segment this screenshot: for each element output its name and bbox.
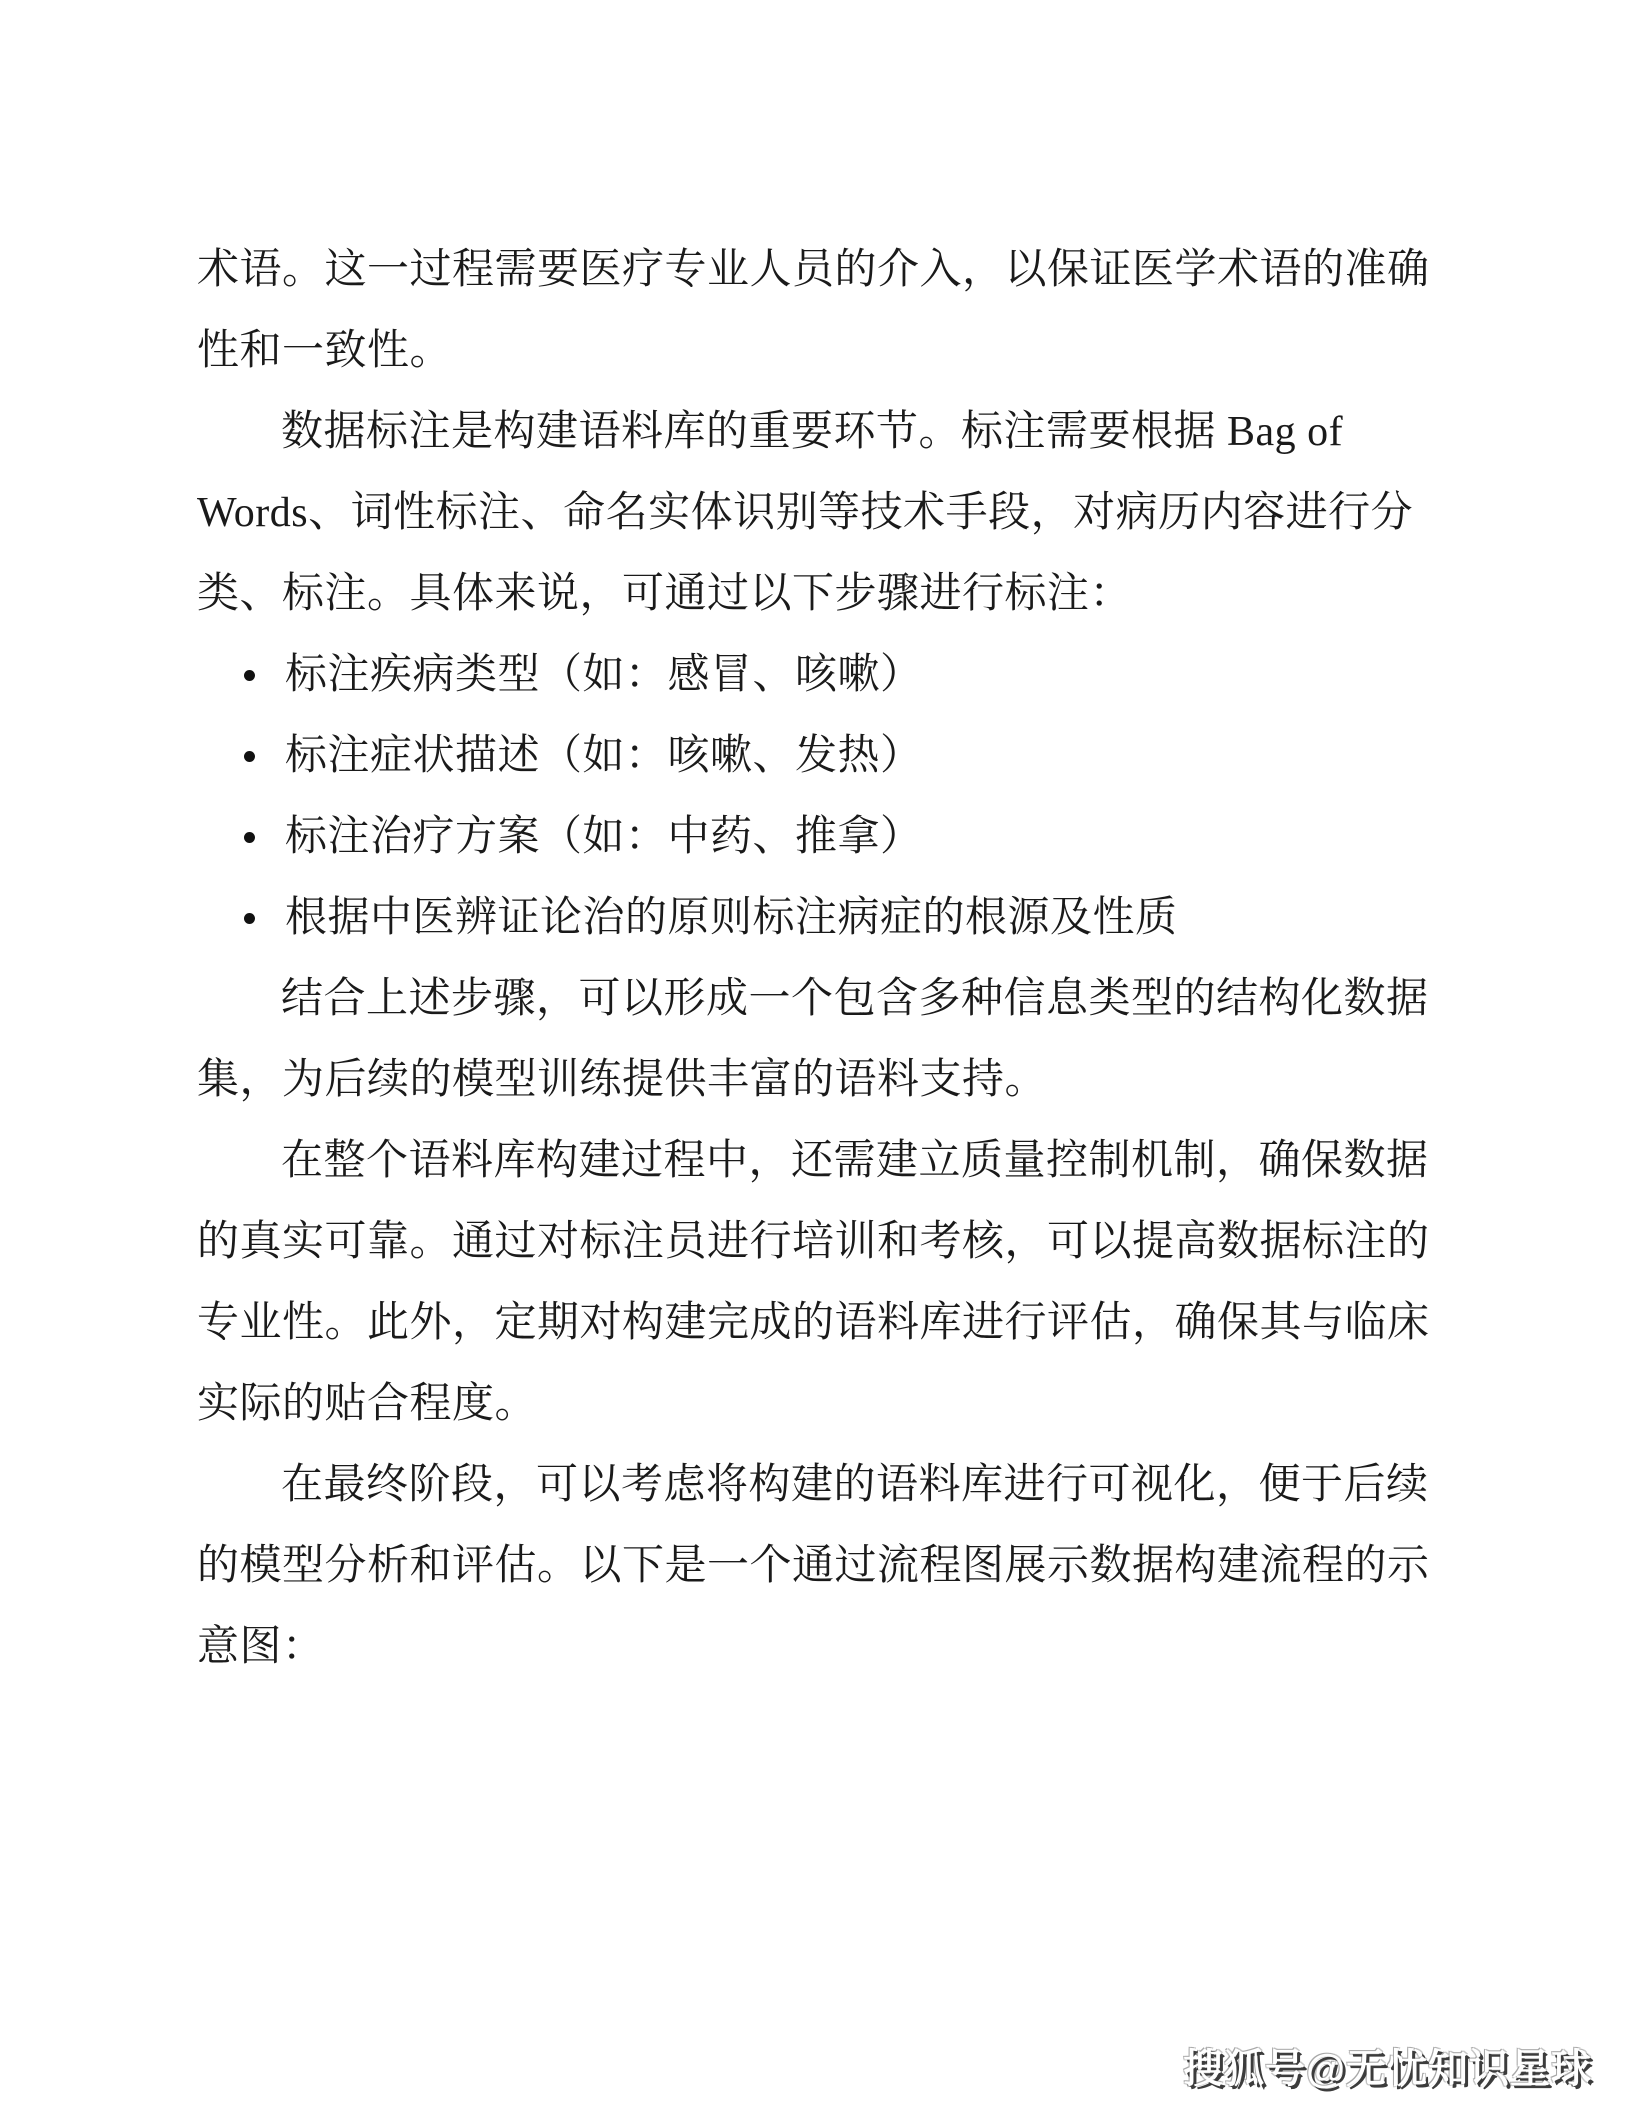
bullet-dot-icon [244, 751, 255, 762]
paragraph-line: 意图： [197, 1607, 1477, 1688]
paragraph-line: 类、标注。具体来说，可通过以下步骤进行标注： [197, 554, 1477, 635]
bullet-dot-icon [244, 913, 255, 924]
paragraph-line: 术语。这一过程需要医疗专业人员的介入，以保证医学术语的准确 [197, 230, 1477, 311]
paragraph-line: 性和一致性。 [197, 311, 1477, 392]
document-text-block: 术语。这一过程需要医疗专业人员的介入，以保证医学术语的准确 性和一致性。 数据标… [197, 230, 1477, 1688]
bullet-item: 标注疾病类型（如：感冒、咳嗽） [197, 635, 1477, 716]
bullet-item-text: 标注症状描述（如：咳嗽、发热） [285, 733, 923, 779]
sohu-watermark: 搜狐号@无忧知识星球 [1183, 2038, 1592, 2100]
paragraph-line: 在整个语料库构建过程中，还需建立质量控制机制，确保数据 [197, 1121, 1477, 1202]
paragraph-line: Words、词性标注、命名实体识别等技术手段，对病历内容进行分 [197, 473, 1477, 554]
paragraph-line: 的真实可靠。通过对标注员进行培训和考核，可以提高数据标注的 [197, 1202, 1477, 1283]
paragraph-line: 专业性。此外，定期对构建完成的语料库进行评估，确保其与临床 [197, 1283, 1477, 1364]
paragraph-line: 在最终阶段，可以考虑将构建的语料库进行可视化，便于后续 [197, 1445, 1477, 1526]
paragraph-line: 结合上述步骤，可以形成一个包含多种信息类型的结构化数据 [197, 959, 1477, 1040]
document-page: 术语。这一过程需要医疗专业人员的介入，以保证医学术语的准确 性和一致性。 数据标… [0, 0, 1632, 2112]
bullet-item: 标注治疗方案（如：中药、推拿） [197, 797, 1477, 878]
bullet-dot-icon [244, 832, 255, 843]
paragraph-line: 集，为后续的模型训练提供丰富的语料支持。 [197, 1040, 1477, 1121]
bullet-item: 根据中医辨证论治的原则标注病症的根源及性质 [197, 878, 1477, 959]
bullet-item-text: 标注疾病类型（如：感冒、咳嗽） [285, 652, 923, 698]
bullet-item-text: 标注治疗方案（如：中药、推拿） [285, 814, 923, 860]
bullet-item: 标注症状描述（如：咳嗽、发热） [197, 716, 1477, 797]
paragraph-line: 实际的贴合程度。 [197, 1364, 1477, 1445]
bullet-item-text: 根据中医辨证论治的原则标注病症的根源及性质 [285, 895, 1178, 941]
bullet-dot-icon [244, 670, 255, 681]
paragraph-line: 数据标注是构建语料库的重要环节。标注需要根据 Bag of [197, 392, 1477, 473]
paragraph-line: 的模型分析和评估。以下是一个通过流程图展示数据构建流程的示 [197, 1526, 1477, 1607]
